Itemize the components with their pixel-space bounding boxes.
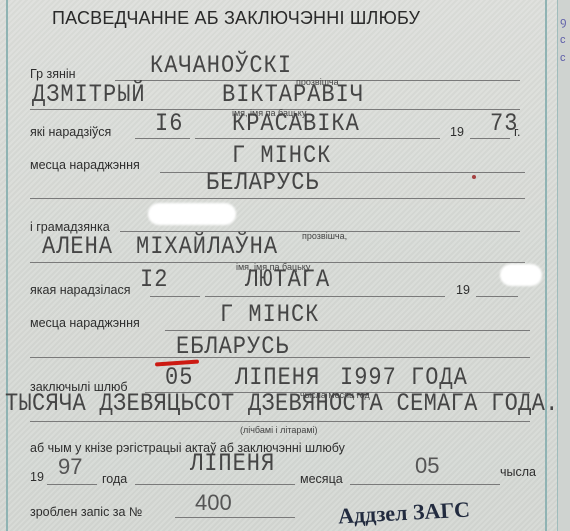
bride-birth-year-prefix: 19 [456,283,470,297]
groom-birthplace-city: Г МІНСК [232,141,331,170]
registration-year-prefix: 19 [30,470,44,484]
underline [30,421,530,422]
bride-birth-month: ЛЮТАГА [245,265,330,294]
registration-year-label: года [102,472,127,486]
marriage-certificate: ꝯ c c ПАСВЕДЧАННЕ АБ ЗАКЛЮЧЭННІ ШЛЮБУ Гр… [0,0,570,531]
record-number: 400 [195,490,232,516]
groom-label: Гр зянін [30,67,76,81]
handwriting-mark: c [560,34,566,46]
groom-birth-day: I6 [155,109,183,138]
document-title: ПАСВЕДЧАННЕ АБ ЗАКЛЮЧЭННІ ШЛЮБУ [52,8,420,29]
underline [30,357,530,358]
marriage-date-in-words: ТЫСЯЧА ДЗЕВЯЦЬСОТ ДЗЕВЯНОСТА СЕМАГА ГОДА… [5,389,559,418]
marriage-month: ЛІПЕНЯ [235,363,320,392]
underline [470,138,510,139]
bride-first-name: АЛЕНА [42,232,113,261]
registration-day: 05 [415,453,439,479]
left-border [6,0,8,531]
underline [135,484,295,485]
groom-birth-month: КРАСАВІКА [232,109,360,138]
underline [205,296,445,297]
groom-birth-year-prefix: 19 [450,125,464,139]
underline [47,484,97,485]
underline [350,484,500,485]
registration-month: ЛІПЕНЯ [190,449,275,478]
underline [175,517,295,518]
words-caption: (лічбамі і літарамі) [240,425,318,435]
redacted-bride-birth-year [500,264,542,286]
record-label: зроблен запіс за № [30,505,142,519]
groom-birth-label: які нарадзіўся [30,125,111,139]
bride-birth-label: якая нарадзілася [30,283,131,297]
zags-stamp: Аддзел ЗАГС [337,497,470,530]
underline [165,330,530,331]
underline [30,198,525,199]
marriage-year: I997 ГОДА [340,363,468,392]
groom-birthplace-label: месца нараджэння [30,158,140,172]
bride-birthplace-city: Г МІНСК [220,300,319,329]
ink-dot [472,175,476,179]
surname-caption: прозвішча, [302,231,347,241]
adjacent-page-edge [558,0,570,531]
underline [150,296,200,297]
underline [195,138,440,139]
right-border [545,0,547,531]
groom-birthplace-country: БЕЛАРУСЬ [206,168,320,197]
groom-surname: КАЧАНОЎСКІ [150,51,292,80]
groom-patronymic: ВІКТАРАВІЧ [222,80,364,109]
marriage-day: 05 [165,363,193,392]
handwriting-mark: c [560,52,566,64]
bride-patronymic: МІХАЙЛАЎНА [136,232,278,261]
year-suffix: г. [514,125,521,139]
redacted-bride-surname [148,203,236,225]
underline [476,296,518,297]
registration-intro: аб чым у кнізе рэгістрацыі актаў аб закл… [30,441,345,455]
groom-first-name: ДЗМІТРЫЙ [32,80,146,109]
handwriting-mark: ꝯ [560,14,566,29]
underline [135,138,190,139]
bride-birth-day: I2 [140,265,168,294]
registration-year: 97 [58,454,82,480]
registration-month-label: месяца [300,472,343,486]
registration-day-label: чысла [500,465,536,479]
bride-birthplace-label: месца нараджэння [30,316,140,330]
